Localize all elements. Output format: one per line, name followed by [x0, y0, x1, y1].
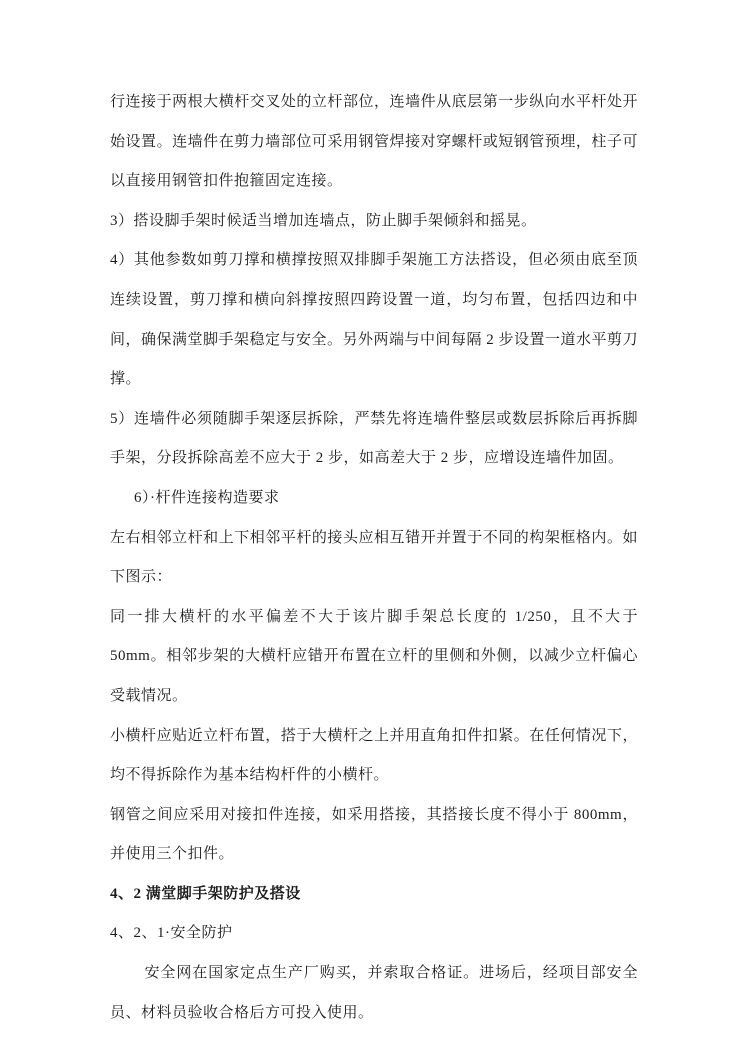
page-content: 行连接于两根大横杆交叉处的立杆部位，连墙件从底层第一步纵向水平杆处开始设置。连墙…: [110, 83, 638, 1033]
list-item-5: 5）连墙件必须随脚手架逐层拆除，严禁先将连墙件整层或数层拆除后再拆脚手架，分段拆…: [110, 400, 638, 479]
section-heading-4-2: 4、2 满堂脚手架防护及搭设: [110, 875, 638, 915]
list-item-6-subheading: 6）·杆件连接构造要求: [110, 479, 638, 519]
paragraph-joint-stagger: 左右相邻立杆和上下相邻平杆的接头应相互错开并置于不同的构架框格内。如下图示：: [110, 519, 638, 598]
list-item-3: 3）搭设脚手架时候适当增加连墙点，防止脚手架倾斜和摇晃。: [110, 202, 638, 242]
document-page: 行连接于两根大横杆交叉处的立杆部位，连墙件从底层第一步纵向水平杆处开始设置。连墙…: [0, 0, 744, 1052]
paragraph-pipe-connection: 钢管之间应采用对接扣件连接，如采用搭接，其搭接长度不得小于 800mm，并使用三…: [110, 796, 638, 875]
paragraph-wall-tie-continuation: 行连接于两根大横杆交叉处的立杆部位，连墙件从底层第一步纵向水平杆处开始设置。连墙…: [110, 83, 638, 202]
paragraph-small-ledger: 小横杆应贴近立杆布置，搭于大横杆之上并用直角扣件扣紧。在任何情况下，均不得拆除作…: [110, 717, 638, 796]
paragraph-level-tolerance: 同一排大横杆的水平偏差不大于该片脚手架总长度的 1/250，且不大于 50mm。…: [110, 598, 638, 717]
paragraph-safety-net: 安全网在国家定点生产厂购买，并索取合格证。进场后，经项目部安全员、材料员验收合格…: [110, 954, 638, 1033]
list-item-4: 4）其他参数如剪刀撑和横撑按照双排脚手架施工方法搭设，但必须由底至顶连续设置，剪…: [110, 241, 638, 399]
subsection-heading-4-2-1: 4、2、1·安全防护: [110, 914, 638, 954]
